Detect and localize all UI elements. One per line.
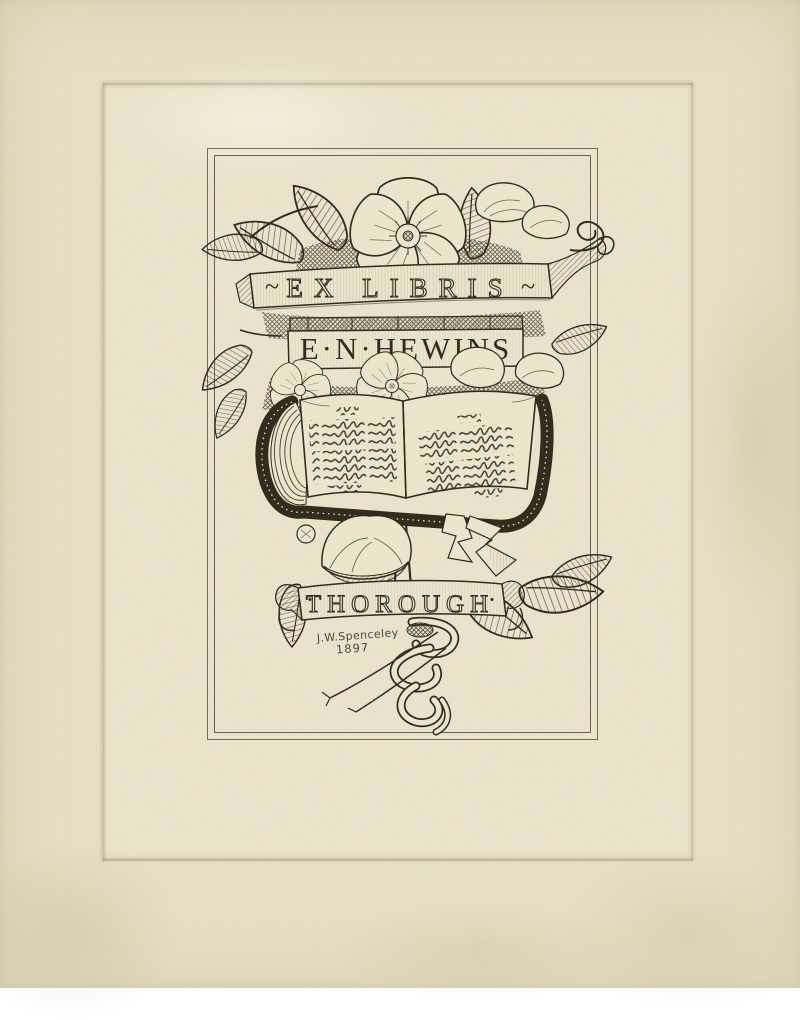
ex-libris-label: EX LIBRIS [286, 273, 513, 303]
ex-libris-flourish-left: ~ [265, 272, 279, 301]
motto-label: THOROUGH [306, 591, 494, 618]
paper-sheet: ~ EX LIBRIS ~ E·N·HEWINS [0, 0, 800, 988]
bookplate-etching: ~ EX LIBRIS ~ E·N·HEWINS [0, 0, 800, 988]
artist-year: 1897 [335, 640, 369, 656]
ex-libris-flourish-right: ~ [521, 272, 535, 301]
motto-dot-right: · [488, 585, 497, 614]
artist-signature: J.W.Spenceley 1897 [315, 626, 400, 658]
